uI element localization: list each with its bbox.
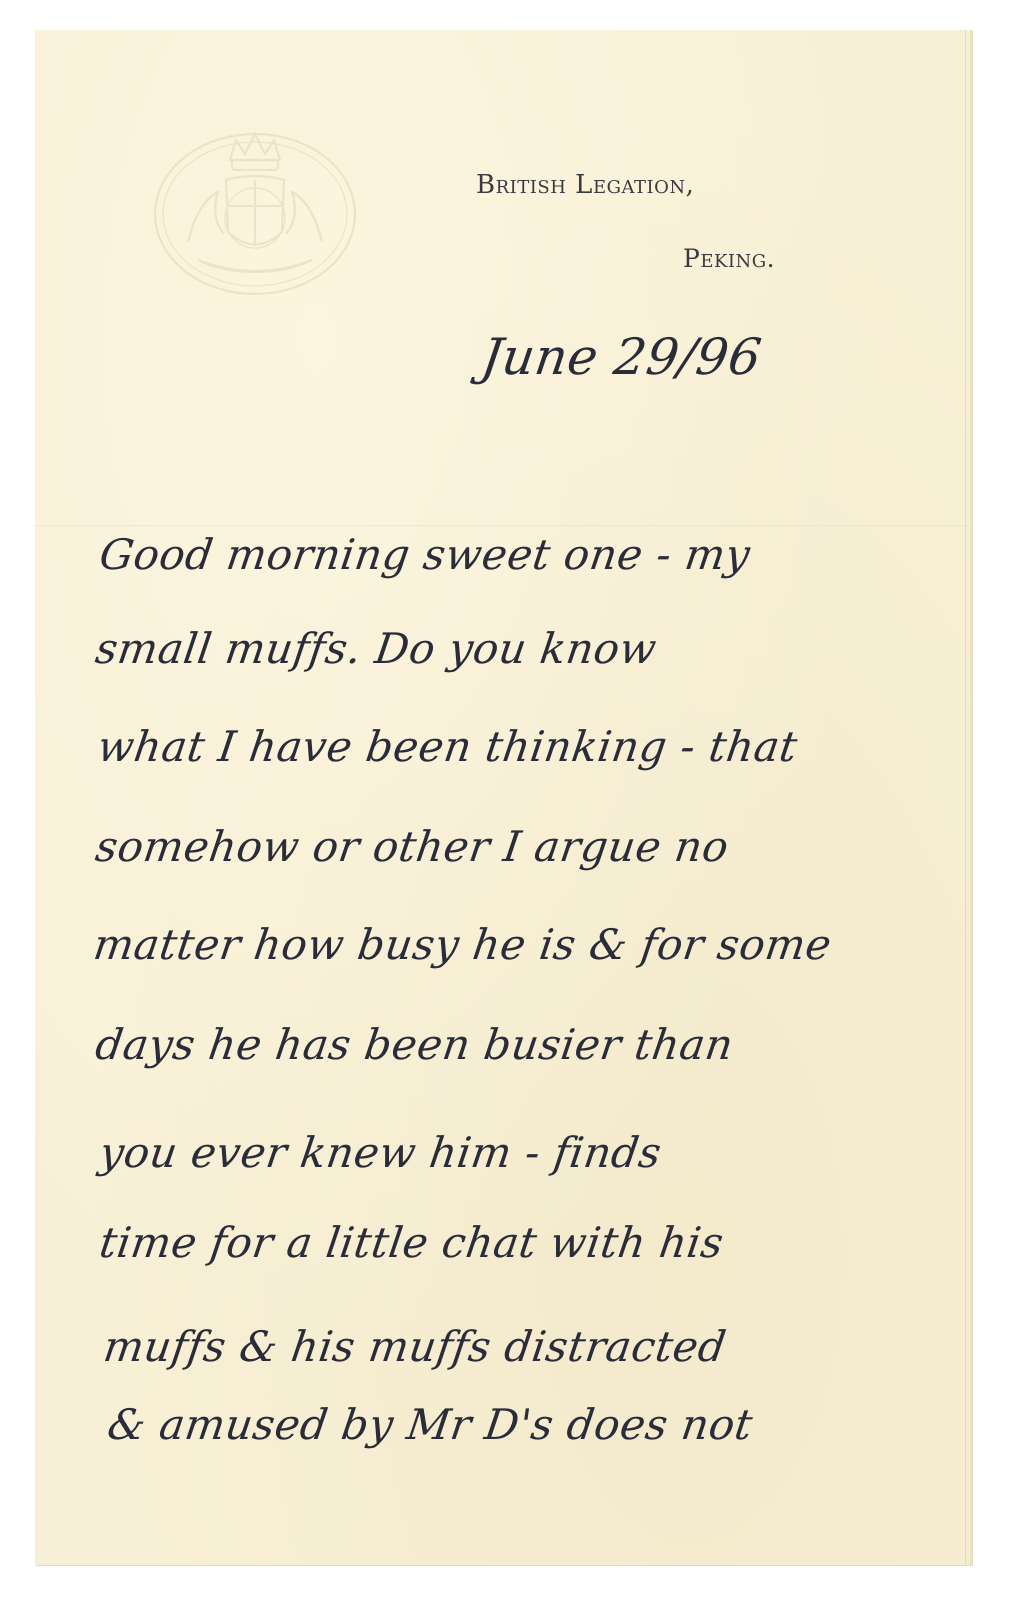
- body-line: small muffs. Do you know: [93, 624, 660, 673]
- body-line: you ever knew him - finds: [97, 1128, 665, 1177]
- body-line: Good morning sweet one - my: [97, 530, 754, 579]
- body-line: days he has been busier than: [93, 1020, 737, 1069]
- body-line: & amused by Mr D's does not: [105, 1400, 756, 1449]
- letterhead-city: Peking.: [683, 244, 775, 273]
- royal-coat-of-arms-icon: [148, 122, 363, 300]
- letter-date: June 29/96: [478, 328, 765, 386]
- body-line: somehow or other I argue no: [93, 822, 732, 871]
- body-line: what I have been thinking - that: [95, 722, 801, 771]
- paper-fold-line: [35, 525, 972, 527]
- paper-edge: [965, 30, 966, 1565]
- letterhead-legation: British Legation,: [476, 170, 694, 200]
- body-line: time for a little chat with his: [97, 1218, 727, 1267]
- body-line: muffs & his muffs distracted: [101, 1322, 730, 1371]
- body-line: matter how busy he is & for some: [91, 920, 835, 969]
